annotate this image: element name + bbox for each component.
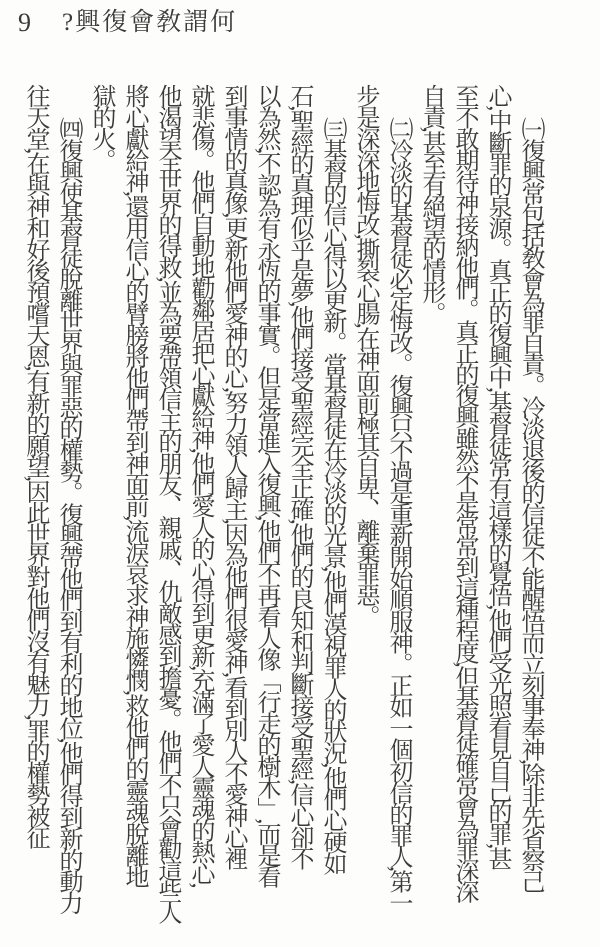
text-column: 獄的火。 (84, 84, 117, 946)
body-text: ㈠復興常包括敎會為罪自責。冷淡退後的信徒不能醒悟而立刻事奉神,除非先省察己心,中… (12, 84, 546, 946)
book-page: 9 ?興復會敎謂何 ㈠復興常包括敎會為罪自責。冷淡退後的信徒不能醒悟而立刻事奉神… (0, 0, 600, 947)
text-column: 就悲傷。他們自動地勸鄰居把心獻給神,他們愛人的心得到更新,充滿了愛人靈魂的熱心, (183, 84, 216, 946)
page-title: ?興復會敎謂何 (62, 8, 237, 38)
text-column: 以為然,不認為有永恆的事實。但是當進入復興,他們不再看人像「行走的樹木」,而是看 (249, 84, 282, 946)
text-column: ㈣復興使基督徒脫離世界與罪惡的權勢。復興帶他們到有利的地位,他們得到新的動力 (51, 84, 84, 946)
text-column: ㈡冷淡的基督徒必定悔改。復興只不過是重新開始順服神。正如一個初信的罪人,第一 (381, 84, 414, 946)
text-column: 心,中斷罪的泉源。真正的復興中,基督徒常有這樣的覺悟,他們受光照看見自己的罪,甚 (480, 84, 513, 946)
page-header: 9 ?興復會敎謂何 (18, 8, 237, 38)
text-column: 往天堂,在與神和好後預嚐天恩,有新的願望,因此世界對他們沒有魅力,罪的權勢被征 (18, 84, 51, 946)
text-column: ㈢基督的信心得以更新。當基督徒在冷淡的光景,他們漠視罪人的狀況,他們心硬如 (315, 84, 348, 946)
text-column: 自責,甚至有絕望的情形。 (414, 84, 447, 946)
text-column: 步是深深地悔改,撕裂心腸,在神面前極其自卑、離棄罪惡。 (348, 84, 381, 946)
text-column: 到事情的真像,更新他們愛神的心,努力領人歸主,因為他們很愛神,看到別人不愛神心裡 (216, 84, 249, 946)
text-column: 將心獻給神,還用信心的臂膀將他們帶到神面前,流淚哀求神施憐憫,救他們的靈魂脫離地 (117, 84, 150, 946)
text-column: 他渴望全世界的得救,並為要帶領信主的朋友、親戚、仇敵感到擔憂。他們不只會勸這些人 (150, 84, 183, 946)
text-column: 石,聖經的真理似乎是夢,他們接受聖經完全正確,他們的良知和判斷接受聖經,信心卻不 (282, 84, 315, 946)
page-number: 9 (18, 8, 31, 38)
text-column: 至不敢期待神接納他們。真正的復興雖然不是常常到這種程度,但基督徒確常會為罪深深 (447, 84, 480, 946)
text-column: ㈠復興常包括敎會為罪自責。冷淡退後的信徒不能醒悟而立刻事奉神,除非先省察己 (513, 84, 546, 946)
